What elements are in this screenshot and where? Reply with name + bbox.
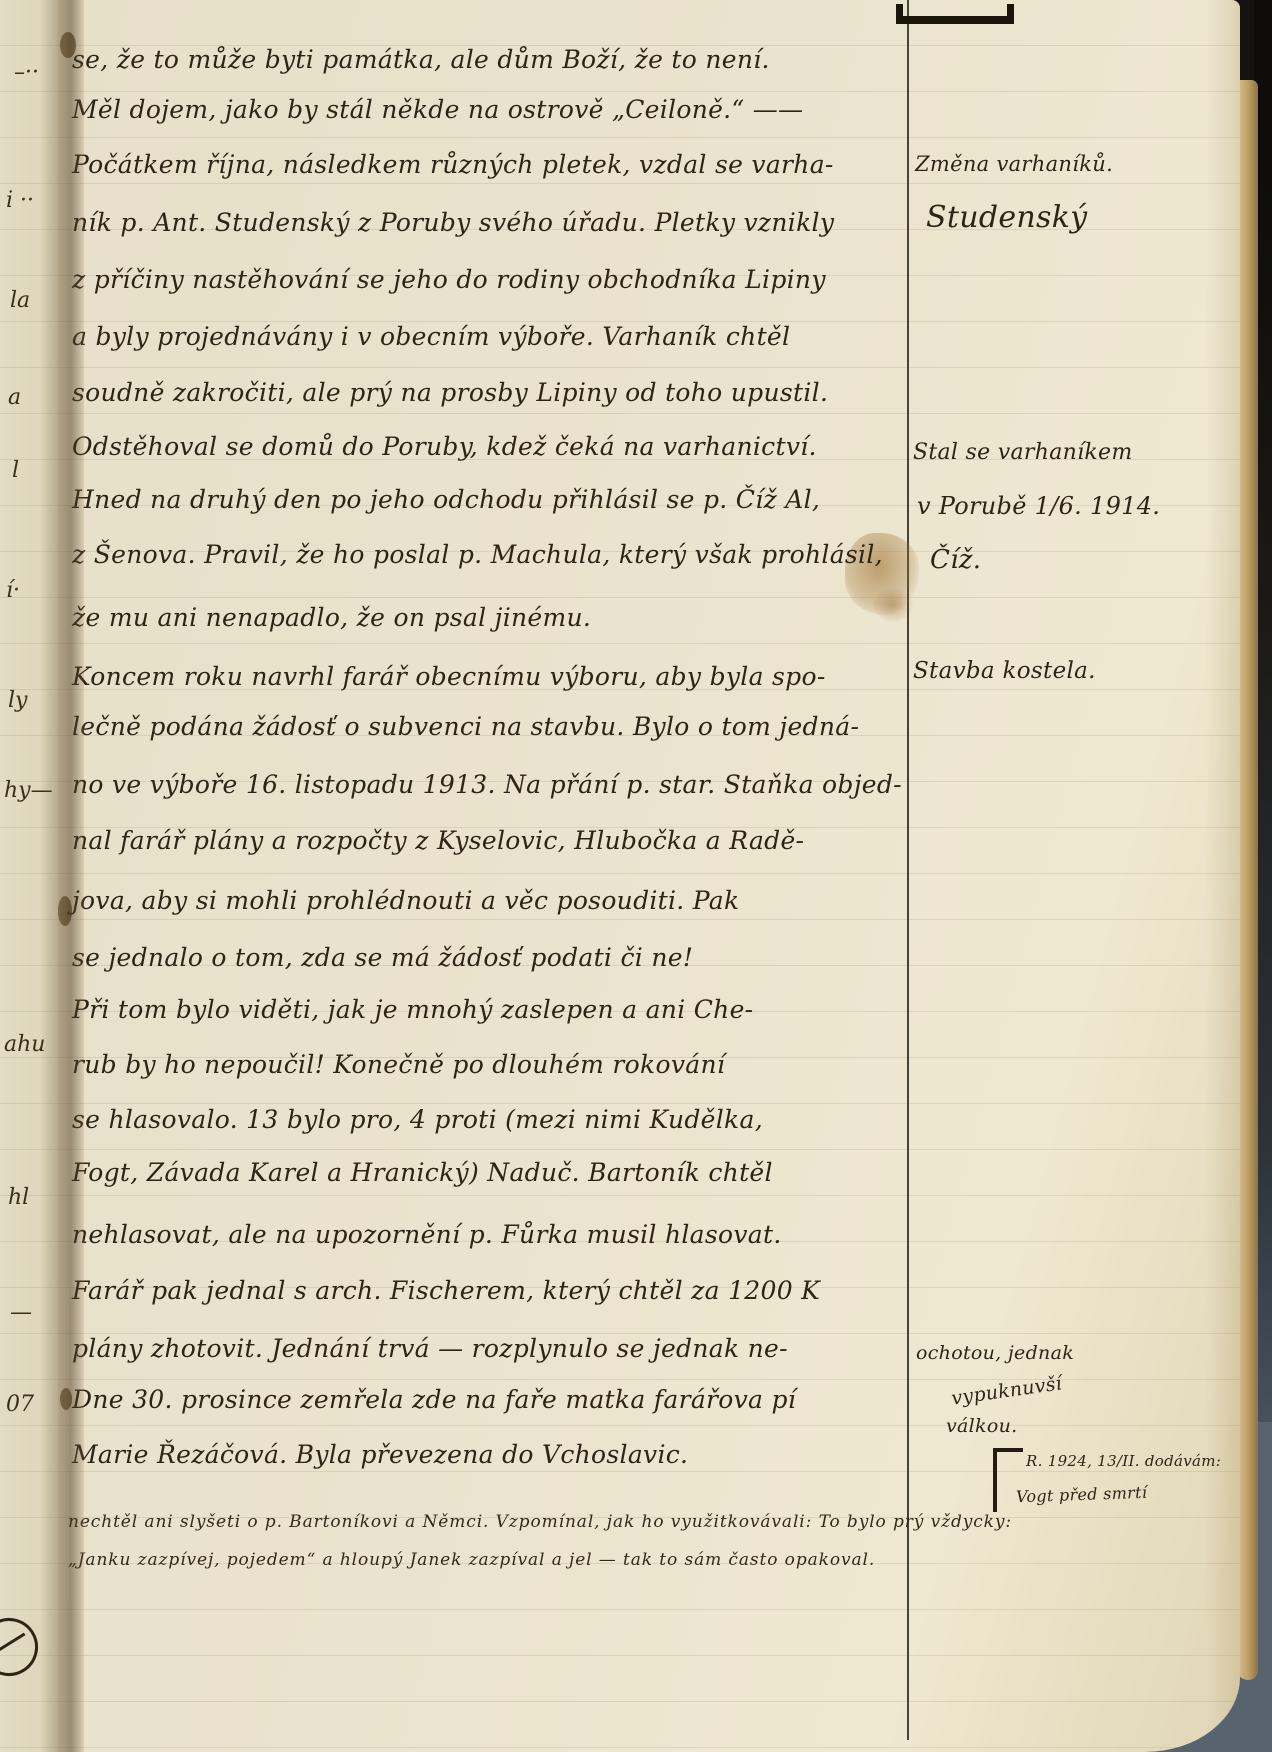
text-line: ník p. Ant. Studenský z Poruby svého úřa… (72, 208, 834, 237)
text-line: Farář pak jednal s arch. Fischerem, kter… (72, 1276, 820, 1305)
edge-text-fragment: a (8, 385, 21, 410)
text-line: Koncem roku navrhl farář obecnímu výboru… (72, 662, 826, 691)
margin-note-became-organist-date: v Porubě 1/6. 1914. (917, 492, 1160, 520)
edge-text-fragment: hl (8, 1185, 29, 1210)
text-line: se, že to může byti památka, ale dům Bož… (72, 45, 770, 74)
edge-text-fragment: 07 (6, 1392, 34, 1417)
text-line: že mu ani nenapadlo, že on psal jinému. (72, 603, 591, 632)
cutoff-ink-mark (896, 16, 1014, 24)
margin-overflow-text: válkou. (946, 1415, 1017, 1437)
text-line: se hlasovalo. 13 bylo pro, 4 proti (mezi… (72, 1105, 763, 1134)
binding-fold-shadow (40, 0, 84, 1752)
margin-rule-line (907, 0, 909, 1740)
text-line: rub by ho nepoučil! Konečně po dlouhém r… (72, 1050, 725, 1079)
text-line: Odstěhoval se domů do Poruby, kdež čeká … (72, 432, 817, 461)
text-line: z příčiny nastěhování se jeho do rodiny … (72, 265, 826, 294)
text-line: Hned na druhý den po jeho odchodu přihlá… (72, 485, 820, 514)
text-line: no ve výboře 16. listopadu 1913. Na přán… (72, 770, 902, 799)
edge-text-fragment: í· (6, 578, 20, 603)
margin-note-ciz: Číž. (930, 545, 981, 575)
text-line: jova, aby si mohli prohlédnouti a věc po… (72, 886, 739, 915)
margin-note-organist-change: Změna varhaníků. (915, 152, 1113, 176)
text-line: plány zhotovit. Jednání trvá — rozplynul… (72, 1334, 788, 1363)
text-line: Fogt, Závada Karel a Hranický) Naduč. Ba… (72, 1158, 773, 1187)
text-line: se jednalo o tom, zda se má žádosť podat… (72, 943, 693, 972)
cutoff-ink-mark (1007, 4, 1014, 22)
chronicle-page: se, že to může byti památka, ale dům Bož… (58, 0, 1240, 1752)
text-line: soudně zakročiti, ale prý na prosby Lipi… (72, 378, 828, 407)
margin-note-addendum: R. 1924, 13/II. dodávám: (1026, 1452, 1221, 1470)
ink-stain (873, 588, 913, 622)
text-line: nal farář plány a rozpočty z Kyselovic, … (72, 826, 804, 855)
text-line: z Šenova. Pravil, že ho poslal p. Machul… (72, 540, 883, 569)
edge-text-fragment: –·· (14, 60, 39, 85)
text-line: nehlasovat, ale na upozornění p. Fůrka m… (72, 1220, 782, 1249)
edge-text-fragment: — (10, 1300, 32, 1325)
text-line: lečně podána žádosť o subvenci na stavbu… (72, 712, 859, 741)
text-line: Marie Řezáčová. Byla převezena do Vchosl… (72, 1440, 688, 1469)
margin-note-church-building: Stavba kostela. (913, 658, 1096, 684)
cutoff-ink-mark (896, 4, 903, 22)
footnote-line: nechtěl ani slyšeti o p. Bartoníkovi a N… (68, 1512, 1012, 1532)
edge-text-fragment: i ·· (6, 188, 34, 213)
margin-overflow-text: ochotou, jednak (916, 1342, 1074, 1364)
text-line: Počátkem října, následkem různých pletek… (72, 150, 834, 179)
edge-text-fragment: la (10, 288, 30, 313)
text-line: a byly projednávány i v obecním výboře. … (72, 322, 790, 351)
edge-text-fragment: l (12, 458, 19, 483)
text-line: Dne 30. prosince zemřela zde na faře mat… (72, 1385, 796, 1414)
chronicle-photo: –·· i ·· la a l í· ly hy— ahu hl — 07 se… (0, 0, 1272, 1752)
margin-note-became-organist: Stal se varhaníkem (913, 440, 1133, 465)
footnote-line: „Janku zazpívej, pojedem“ a hloupý Janek… (68, 1550, 875, 1570)
edge-text-fragment: ly (8, 688, 27, 713)
text-line: Při tom bylo viděti, jak je mnohý zaslep… (72, 995, 753, 1024)
margin-note-organist-name: Studenský (926, 200, 1087, 235)
text-line: Měl dojem, jako by stál někde na ostrově… (72, 95, 803, 124)
stamp-mark (0, 1612, 44, 1682)
